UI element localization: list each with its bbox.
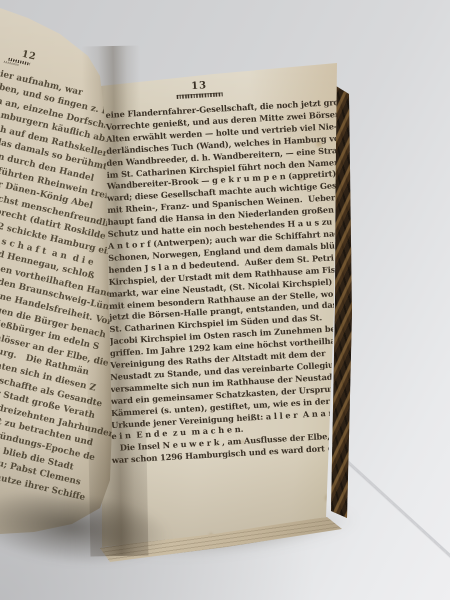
header-ornament <box>177 92 223 99</box>
right-page-text: 13 eine Flandernfahrer-Gesellschaft, die… <box>104 73 357 467</box>
table-seam-line <box>347 460 450 563</box>
body-text: eine Flandernfahrer-Gesellschaft, die no… <box>105 97 357 467</box>
right-page: 13 eine Flandernfahrer-Gesellschaft, die… <box>94 58 340 550</box>
book-photo-scene: 13 eine Flandernfahrer-Gesellschaft, die… <box>0 0 450 600</box>
